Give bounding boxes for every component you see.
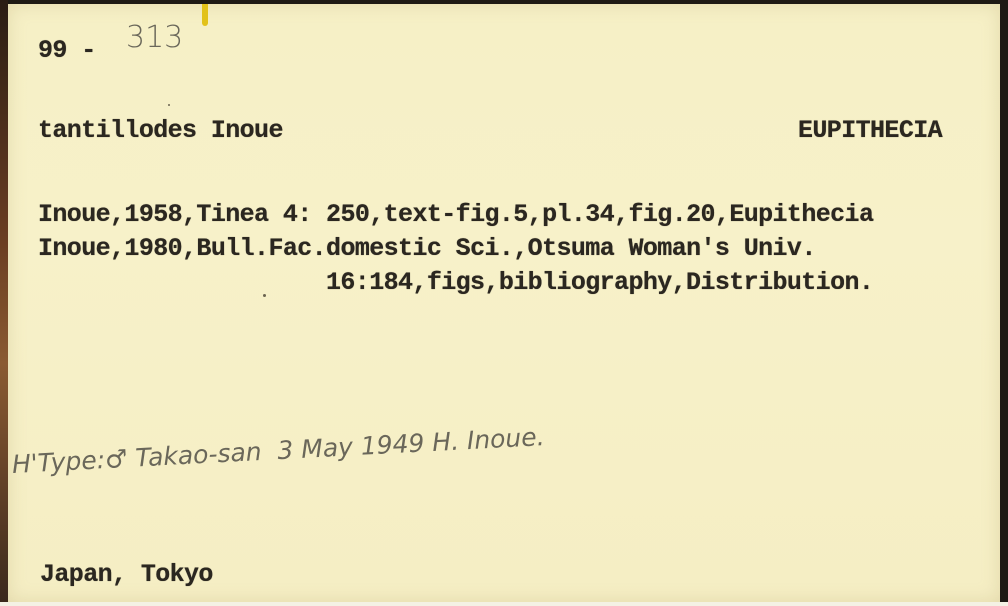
reference-line-3: 16:184,figs,bibliography,Distribution. bbox=[326, 268, 873, 297]
genus-name: EUPITHECIA bbox=[798, 116, 942, 145]
index-card: 99 - 313 tantillodes Inoue EUPITHECIA In… bbox=[8, 4, 1000, 602]
scan-border-bottom bbox=[0, 602, 1008, 606]
card-number-typed: 99 - bbox=[38, 36, 96, 65]
holotype-note-handwritten: H'Type:♂ Takao-san 3 May 1949 H. Inoue. bbox=[11, 422, 545, 479]
locality: Japan, Tokyo bbox=[40, 560, 213, 589]
card-number-handwritten: 313 bbox=[126, 20, 183, 55]
ink-speck bbox=[263, 294, 266, 297]
species-name: tantillodes Inoue bbox=[38, 116, 283, 145]
reference-line-2: Inoue,1980,Bull.Fac.domestic Sci.,Otsuma… bbox=[38, 234, 816, 263]
ink-speck bbox=[168, 104, 170, 106]
scan-border-left bbox=[0, 0, 8, 606]
yellow-tab-marker bbox=[202, 4, 208, 26]
reference-line-1: Inoue,1958,Tinea 4: 250,text-fig.5,pl.34… bbox=[38, 200, 873, 229]
scan-border-right bbox=[1000, 0, 1008, 606]
